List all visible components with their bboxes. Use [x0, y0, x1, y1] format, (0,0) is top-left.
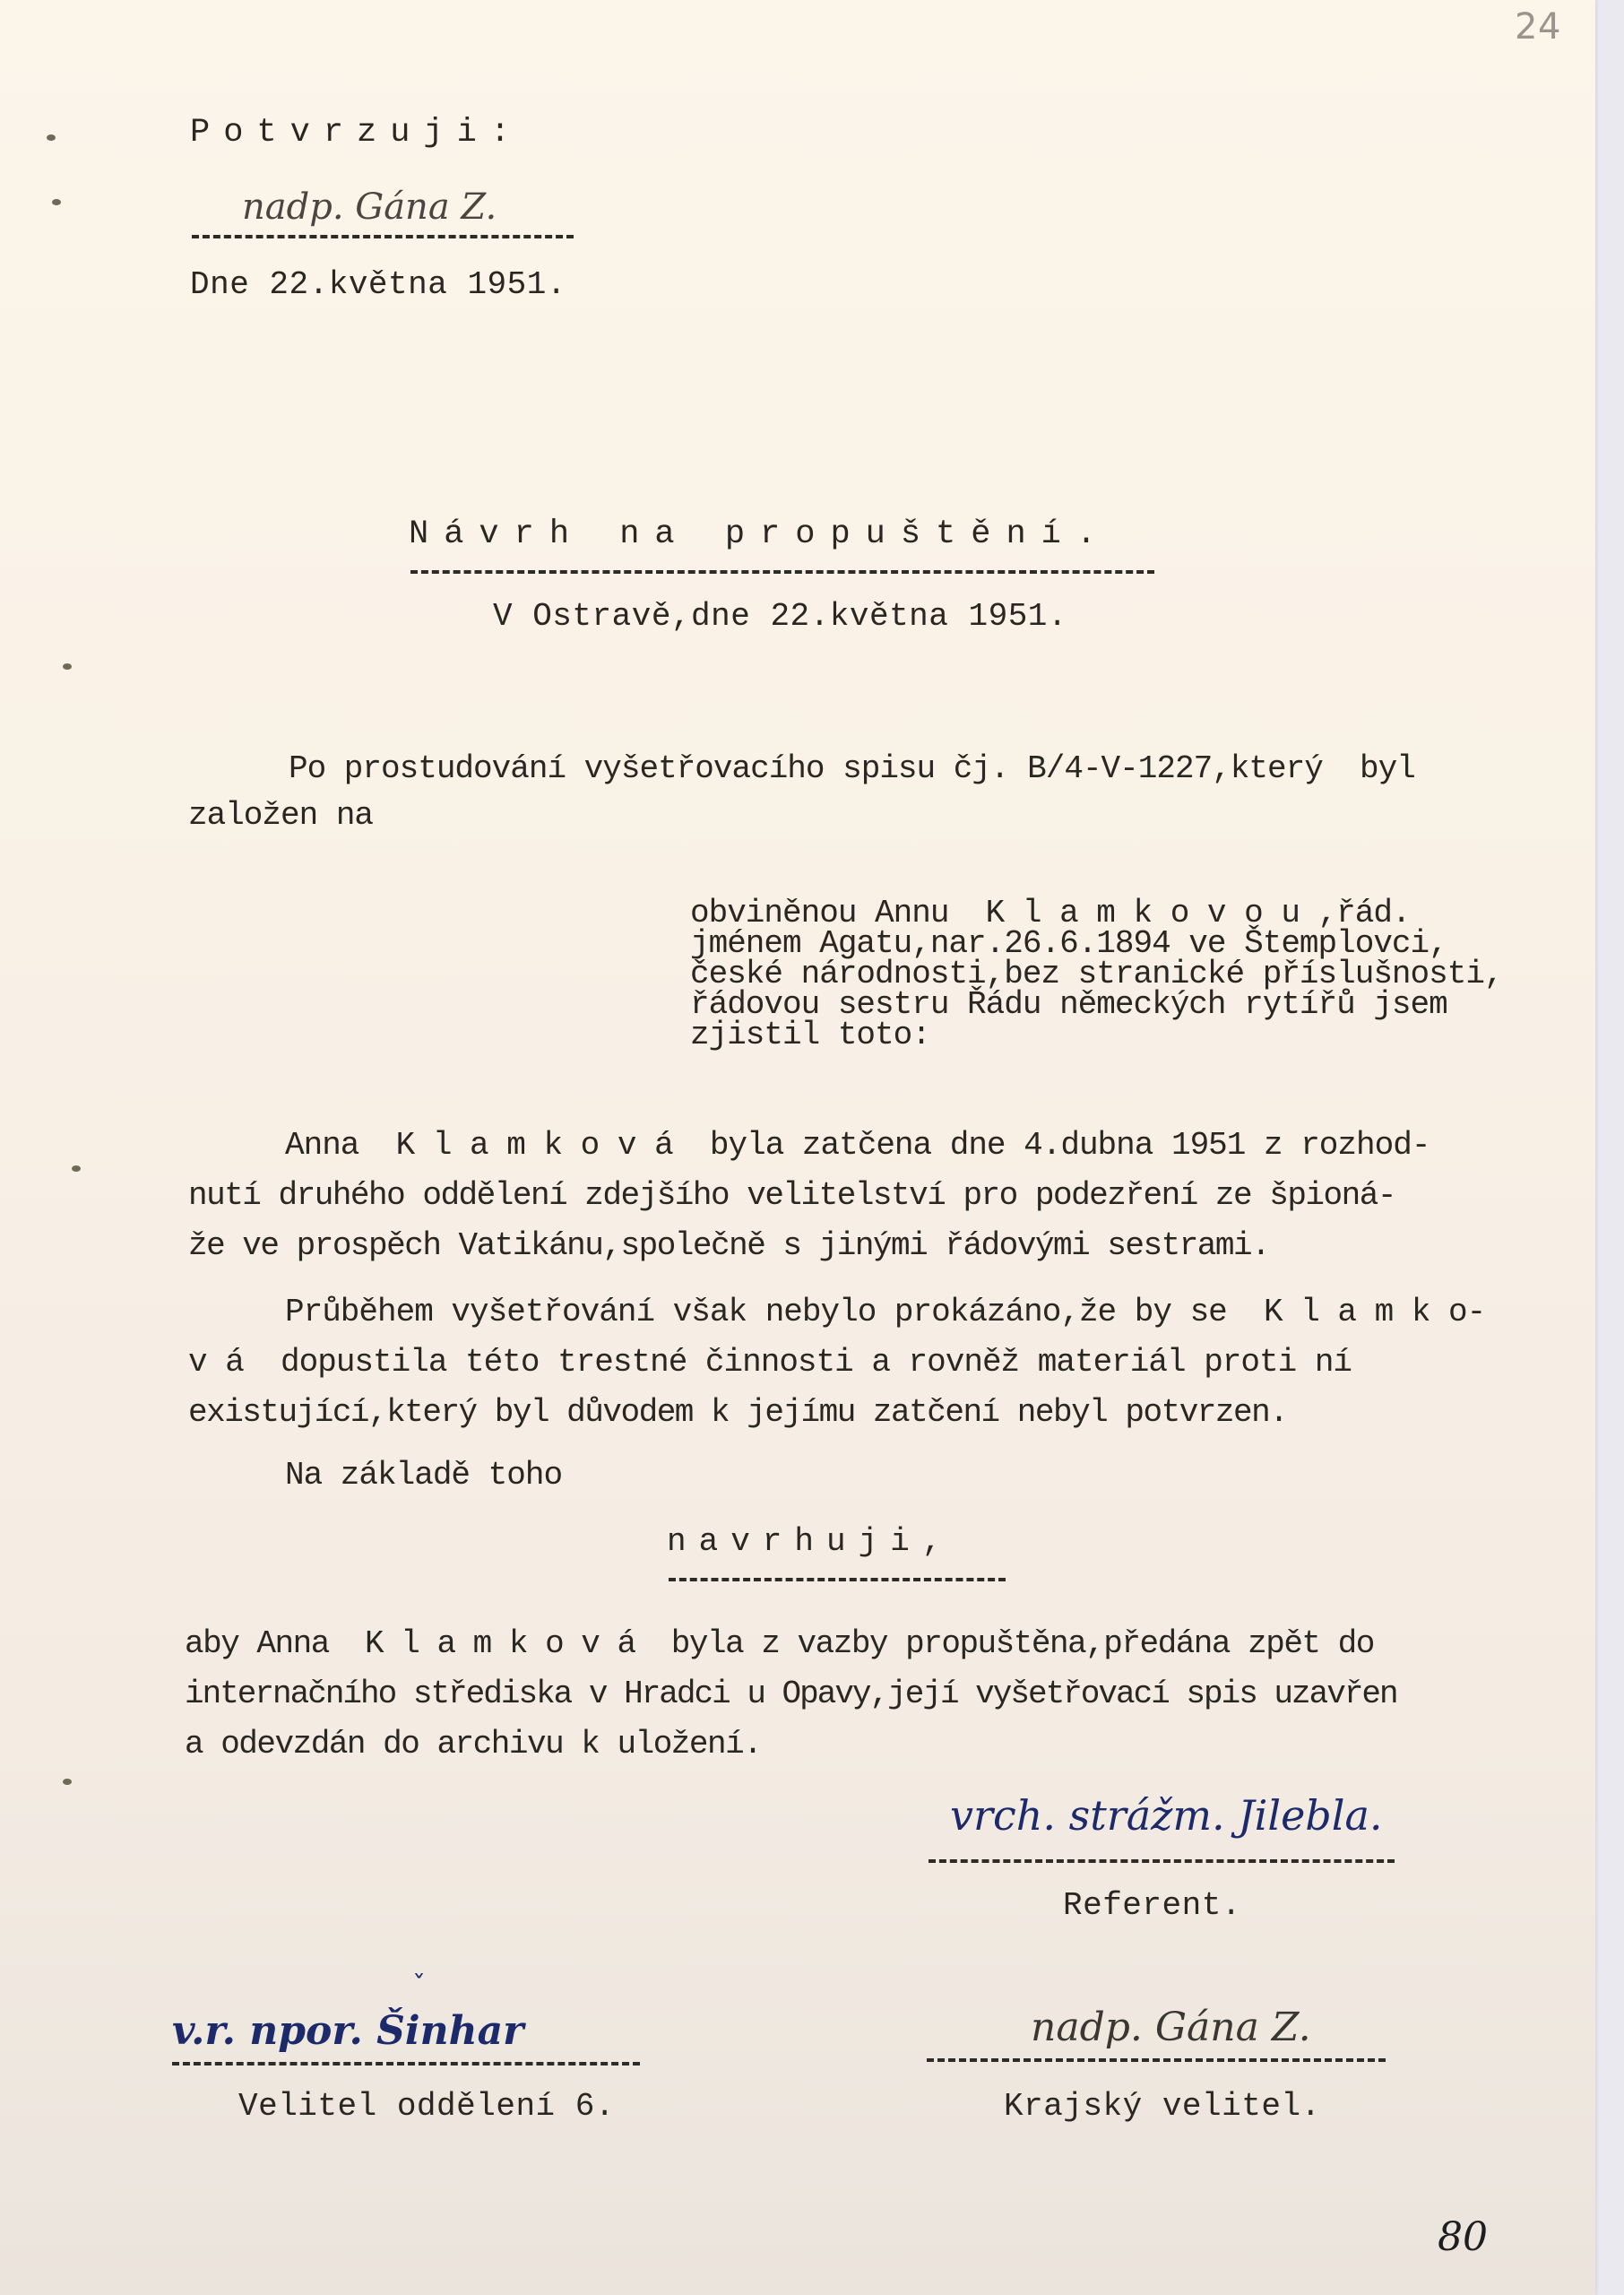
department-commander-signature-line	[172, 2062, 640, 2065]
document-page: 24 Potvrzuji: nadp. Gána Z. Dne 22.květn…	[0, 0, 1595, 2295]
intro-line-2: založen na	[188, 798, 373, 834]
punch-hole-mark	[72, 1165, 81, 1172]
referent-signature: vrch. strážm. Jilebla.	[950, 1791, 1383, 1840]
folio-number: 80	[1438, 2214, 1488, 2260]
basis-text: Na základě toho	[285, 1458, 562, 1494]
paragraph-2-line-3: existující,který byl důvodem k jejímu za…	[188, 1395, 1287, 1431]
accused-line-2: jménem Agatu,nar.26.6.1894 ve Štemplovci…	[690, 929, 1447, 959]
paragraph-3-line-2: internačního střediska v Hradci u Opavy,…	[185, 1676, 1397, 1712]
referent-role: Referent.	[1063, 1888, 1241, 1924]
regional-commander-signature-line	[927, 2058, 1386, 2062]
regional-commander-signature: nadp. Gána Z.	[1031, 2005, 1311, 2050]
punch-hole-mark	[63, 663, 72, 670]
intro-line-1: Po prostudování vyšetřovacího spisu čj. …	[289, 751, 1415, 787]
title-underline	[410, 570, 1154, 574]
proposal-heading: navrhuji,	[667, 1524, 954, 1560]
confirmation-signature: nadp. Gána Z.	[242, 186, 497, 228]
punch-hole-mark	[47, 134, 56, 141]
haček-mark: ˇ	[412, 1969, 427, 2005]
document-title: Návrh na propuštění.	[409, 516, 1111, 552]
accused-line-1: obviněnou Annu K l a m k o v o u ,řád.	[690, 898, 1411, 929]
paragraph-2-line-2: v á dopustila této trestné činnosti a ro…	[188, 1345, 1352, 1381]
paragraph-3-line-1: aby Anna K l a m k o v á byla z vazby pr…	[185, 1626, 1374, 1662]
punch-hole-mark	[63, 1779, 72, 1785]
place-date: V Ostravě,dne 22.května 1951.	[493, 599, 1067, 635]
paragraph-3-line-3: a odevzdán do archivu k uložení.	[185, 1727, 761, 1762]
paragraph-1-line-3: že ve prospěch Vatikánu,společně s jiným…	[188, 1228, 1269, 1264]
accused-line-3: české národnosti,bez stranické příslušno…	[690, 959, 1503, 990]
paragraph-2-line-1: Průběhem vyšetřování však nebylo prokázá…	[285, 1295, 1485, 1330]
confirmation-signature-line	[192, 235, 574, 238]
page-number-pencil: 24	[1515, 9, 1561, 45]
accused-line-5: zjistil toto:	[690, 1020, 930, 1051]
regional-commander-role: Krajský velitel.	[1004, 2089, 1321, 2125]
referent-signature-line	[929, 1859, 1395, 1863]
punch-hole-mark	[52, 199, 61, 205]
paragraph-1-line-1: Anna K l a m k o v á byla zatčena dne 4.…	[285, 1128, 1430, 1164]
paragraph-1-line-2: nutí druhého oddělení zdejšího velitelst…	[188, 1178, 1395, 1214]
confirmation-date: Dne 22.května 1951.	[190, 267, 566, 303]
proposal-heading-underline	[669, 1578, 1006, 1581]
department-commander-role: Velitel oddělení 6.	[238, 2089, 615, 2125]
department-commander-signature: v.r. npor. Šinhar	[172, 2008, 523, 2054]
accused-line-4: řádovou sestru Řádu německých rytířů jse…	[690, 990, 1447, 1020]
confirmation-heading: Potvrzuji:	[190, 115, 523, 151]
